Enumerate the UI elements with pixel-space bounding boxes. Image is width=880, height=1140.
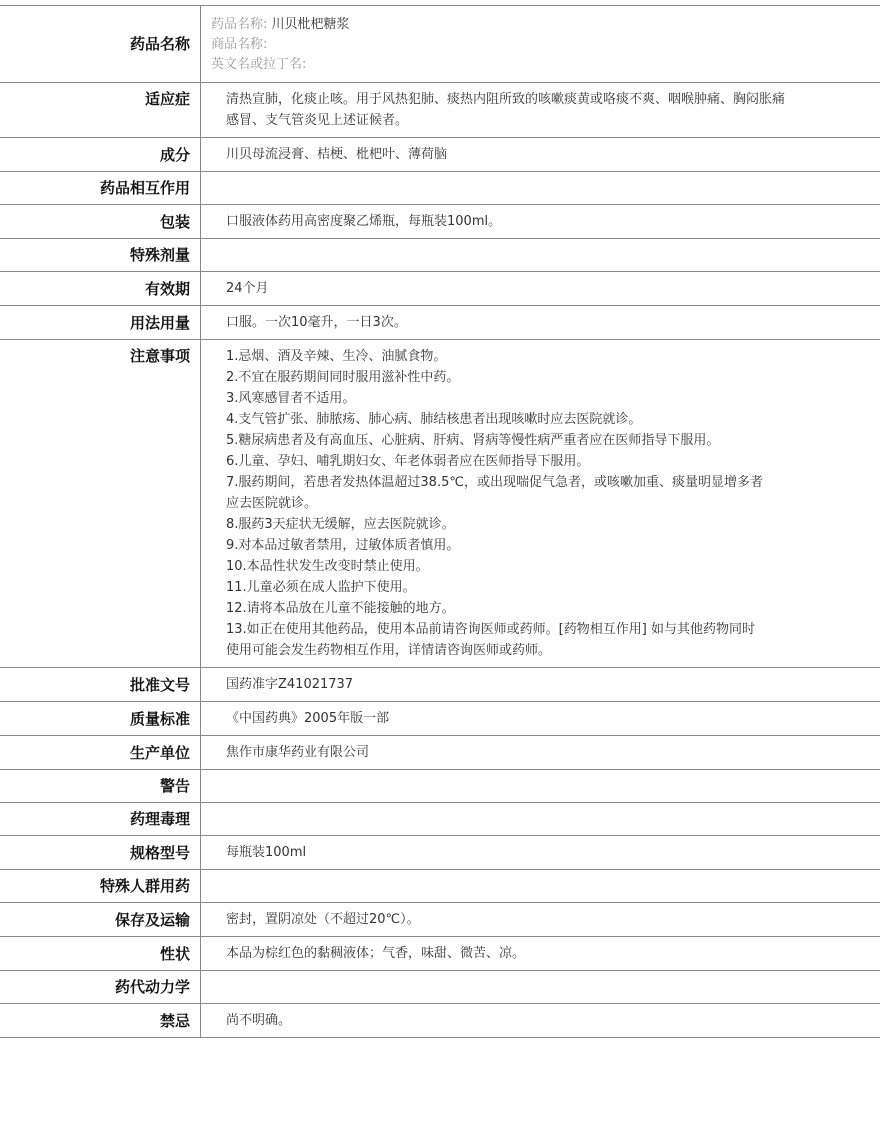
value-manufacturer: 焦作市康华药业有限公司 [201,736,880,770]
value-precautions: 1.忌烟、酒及辛辣、生冷、油腻食物。 2.不宜在服药期间同时服用滋补性中药。 3… [201,340,880,668]
trade-name-line: 商品名称: [211,35,880,55]
row-pharmacokinetics: 药代动力学 [0,971,880,1004]
row-warning: 警告 [0,770,880,803]
precaution-item: 4.支气管扩张、肺脓疡、肺心病、肺结核患者出现咳嗽时应去医院就诊。 [226,409,766,430]
label-contraindications: 禁忌 [0,1004,201,1038]
row-description: 性状 本品为棕红色的黏稠液体；气香，味甜、微苦、凉。 [0,937,880,971]
label-specification: 规格型号 [0,836,201,870]
value-approval-number: 国药准字Z41021737 [201,668,880,702]
trade-name-label: 商品名称: [211,37,267,52]
row-special-populations: 特殊人群用药 [0,870,880,903]
precaution-item: 11.儿童必须在成人监护下使用。 [226,577,766,598]
row-approval-number: 批准文号 国药准字Z41021737 [0,668,880,702]
indications-text: 清热宣肺，化痰止咳。用于风热犯肺、痰热内阻所致的咳嗽痰黄或咯痰不爽、咽喉肿痛、胸… [226,89,796,131]
value-warning [201,770,880,803]
label-storage: 保存及运输 [0,903,201,937]
precaution-item: 7.服药期间，若患者发热体温超过38.5℃，或出现喘促气急者，或咳嗽加重、痰量明… [226,472,766,514]
label-shelf-life: 有效期 [0,272,201,306]
value-specification: 每瓶装100ml [201,836,880,870]
value-contraindications: 尚不明确。 [201,1004,880,1038]
value-ingredients: 川贝母流浸膏、桔梗、枇杷叶、薄荷脑 [201,138,880,172]
label-dosage: 用法用量 [0,306,201,340]
label-packaging: 包装 [0,205,201,239]
english-name-label: 英文名或拉丁名: [211,57,306,72]
value-drug-name: 药品名称: 川贝枇杷糖浆 商品名称: 英文名或拉丁名: [201,6,880,83]
row-packaging: 包装 口服液体药用高密度聚乙烯瓶，每瓶装100ml。 [0,205,880,239]
row-contraindications: 禁忌 尚不明确。 [0,1004,880,1038]
precaution-item: 5.糖尿病患者及有高血压、心脏病、肝病、肾病等慢性病严重者应在医师指导下服用。 [226,430,766,451]
precaution-item: 6.儿童、孕妇、哺乳期妇女、年老体弱者应在医师指导下服用。 [226,451,766,472]
label-approval-number: 批准文号 [0,668,201,702]
row-quality-standard: 质量标准 《中国药典》2005年版一部 [0,702,880,736]
precaution-item: 8.服药3天症状无缓解，应去医院就诊。 [226,514,766,535]
row-pharmacology-toxicology: 药理毒理 [0,803,880,836]
drug-spec-table: 药品名称 药品名称: 川贝枇杷糖浆 商品名称: 英文名或拉丁名: 适应症 清 [0,5,880,1038]
value-special-dosage [201,239,880,272]
label-precautions: 注意事项 [0,340,201,668]
row-ingredients: 成分 川贝母流浸膏、桔梗、枇杷叶、薄荷脑 [0,138,880,172]
english-name-line: 英文名或拉丁名: [211,55,880,75]
value-special-populations [201,870,880,903]
label-warning: 警告 [0,770,201,803]
precaution-item: 10.本品性状发生改变时禁止使用。 [226,556,766,577]
precaution-item: 9.对本品过敏者禁用，过敏体质者慎用。 [226,535,766,556]
precaution-item: 1.忌烟、酒及辛辣、生冷、油腻食物。 [226,346,766,367]
generic-name-label: 药品名称: [211,17,267,32]
precaution-item: 3.风寒感冒者不适用。 [226,388,766,409]
precaution-item: 2.不宜在服药期间同时服用滋补性中药。 [226,367,766,388]
label-description: 性状 [0,937,201,971]
row-interactions: 药品相互作用 [0,172,880,205]
row-drug-name: 药品名称 药品名称: 川贝枇杷糖浆 商品名称: 英文名或拉丁名: [0,6,880,83]
value-dosage: 口服。一次10毫升，一日3次。 [201,306,880,340]
value-interactions [201,172,880,205]
value-storage: 密封，置阴凉处（不超过20℃）。 [201,903,880,937]
row-shelf-life: 有效期 24个月 [0,272,880,306]
row-storage: 保存及运输 密封，置阴凉处（不超过20℃）。 [0,903,880,937]
row-precautions: 注意事项 1.忌烟、酒及辛辣、生冷、油腻食物。 2.不宜在服药期间同时服用滋补性… [0,340,880,668]
label-drug-name: 药品名称 [0,6,201,83]
value-shelf-life: 24个月 [201,272,880,306]
row-specification: 规格型号 每瓶装100ml [0,836,880,870]
value-packaging: 口服液体药用高密度聚乙烯瓶，每瓶装100ml。 [201,205,880,239]
label-ingredients: 成分 [0,138,201,172]
value-pharmacokinetics [201,971,880,1004]
label-interactions: 药品相互作用 [0,172,201,205]
row-dosage: 用法用量 口服。一次10毫升，一日3次。 [0,306,880,340]
row-manufacturer: 生产单位 焦作市康华药业有限公司 [0,736,880,770]
precaution-item: 12.请将本品放在儿童不能接触的地方。 [226,598,766,619]
label-manufacturer: 生产单位 [0,736,201,770]
value-pharmacology-toxicology [201,803,880,836]
label-special-dosage: 特殊剂量 [0,239,201,272]
label-pharmacokinetics: 药代动力学 [0,971,201,1004]
generic-name-value: 川贝枇杷糖浆 [272,17,350,32]
label-pharmacology-toxicology: 药理毒理 [0,803,201,836]
label-special-populations: 特殊人群用药 [0,870,201,903]
row-indications: 适应症 清热宣肺，化痰止咳。用于风热犯肺、痰热内阻所致的咳嗽痰黄或咯痰不爽、咽喉… [0,83,880,138]
generic-name-line: 药品名称: 川贝枇杷糖浆 [211,15,880,35]
label-indications: 适应症 [0,83,201,138]
value-indications: 清热宣肺，化痰止咳。用于风热犯肺、痰热内阻所致的咳嗽痰黄或咯痰不爽、咽喉肿痛、胸… [201,83,880,138]
label-quality-standard: 质量标准 [0,702,201,736]
precaution-item: 13.如正在使用其他药品，使用本品前请咨询医师或药师。[药物相互作用] 如与其他… [226,619,766,661]
row-special-dosage: 特殊剂量 [0,239,880,272]
value-quality-standard: 《中国药典》2005年版一部 [201,702,880,736]
value-description: 本品为棕红色的黏稠液体；气香，味甜、微苦、凉。 [201,937,880,971]
